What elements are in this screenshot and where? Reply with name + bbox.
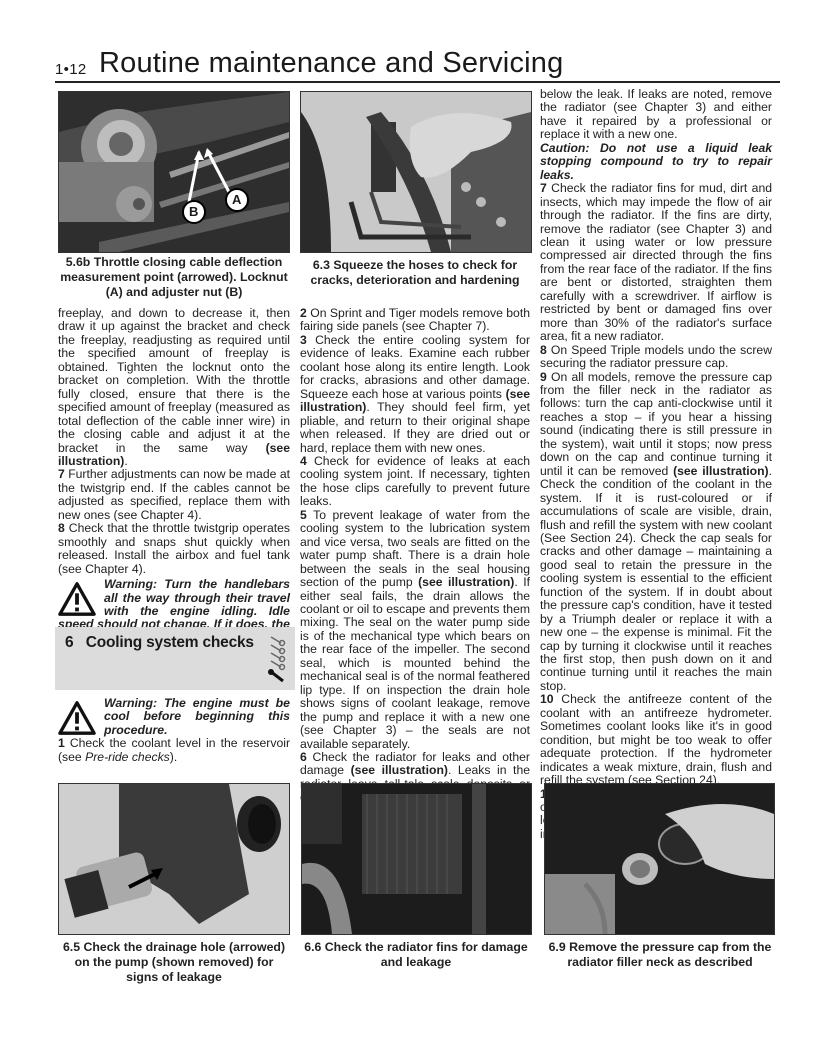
label-b: B (189, 204, 198, 219)
column-3: below the leak. If leaks are noted, remo… (540, 88, 772, 841)
figure-5-6b-caption: 5.6b Throttle closing cable deflection m… (58, 255, 290, 300)
section-header-cooling: 6 Cooling system checks (55, 627, 295, 690)
figure-6-6-photo (301, 783, 532, 935)
page-number: 1•12 (55, 61, 86, 78)
figure-5-6b-photo: B A (58, 91, 290, 253)
see-illustration-ref: (see illustration) (418, 575, 514, 589)
label-a: A (232, 192, 241, 207)
step-1: 1 Check the coolant level in the reservo… (58, 737, 290, 764)
step-9: 9 On all models, remove the pressure cap… (540, 371, 772, 694)
throttle-body-photo-icon (59, 92, 289, 252)
column-2: 2 On Sprint and Tiger models remove both… (300, 307, 530, 805)
hose-squeeze-photo-icon (301, 92, 531, 252)
figure-6-5-photo (58, 783, 290, 935)
difficulty-wrench-icon (267, 633, 287, 685)
page-header: 1•12 Routine maintenance and Servicing (55, 44, 780, 84)
step-5: 5 To prevent leakage of water from the c… (300, 509, 530, 751)
step-10: 10 Check the antifreeze content of the c… (540, 693, 772, 787)
figure-6-9-caption: 6.9 Remove the pressure cap from the rad… (544, 940, 776, 970)
column-1: freeplay, and down to decrease it, then … (58, 307, 290, 672)
header-rule (55, 81, 780, 83)
pressure-cap-photo-icon (545, 784, 774, 934)
warning-triangle-icon (58, 700, 96, 736)
column-1-lower: Warning: The engine must be cool before … (58, 697, 290, 764)
section-title: 6 Cooling system checks (65, 634, 254, 652)
figure-6-6-caption: 6.6 Check the radiator fins for damage a… (300, 940, 532, 970)
step-7: 7 Check the radiator fins for mud, dirt … (540, 182, 772, 343)
pre-ride-checks-ref: Pre-ride checks (85, 750, 170, 764)
paragraph: below the leak. If leaks are noted, remo… (540, 88, 772, 142)
see-illustration-ref: (see illustration) (351, 763, 448, 777)
warning-engine-cool: Warning: The engine must be cool before … (58, 697, 290, 737)
step-7: 7 Further adjustments can now be made at… (58, 468, 290, 522)
step-2: 2 On Sprint and Tiger models remove both… (300, 307, 530, 334)
figure-6-9-photo (544, 783, 775, 935)
warning-triangle-icon (58, 581, 96, 617)
paragraph: freeplay, and down to decrease it, then … (58, 307, 290, 468)
water-pump-photo-icon (59, 784, 289, 934)
see-illustration-ref: (see illustration) (673, 464, 769, 478)
page-title: Routine maintenance and Servicing (99, 47, 563, 80)
step-8: 8 On Speed Triple models undo the screw … (540, 344, 772, 371)
step-4: 4 Check for evidence of leaks at each co… (300, 455, 530, 509)
step-8: 8 Check that the throttle twistgrip oper… (58, 522, 290, 576)
figure-6-3-caption: 6.3 Squeeze the hoses to check for crack… (300, 258, 530, 288)
figure-6-5-caption: 6.5 Check the drainage hole (arrowed) on… (58, 940, 290, 985)
step-3: 3 Check the entire cooling system for ev… (300, 334, 530, 455)
radiator-photo-icon (302, 784, 531, 934)
figure-6-3-photo (300, 91, 532, 253)
caution-note: Caution: Do not use a liquid leak stoppi… (540, 142, 772, 182)
